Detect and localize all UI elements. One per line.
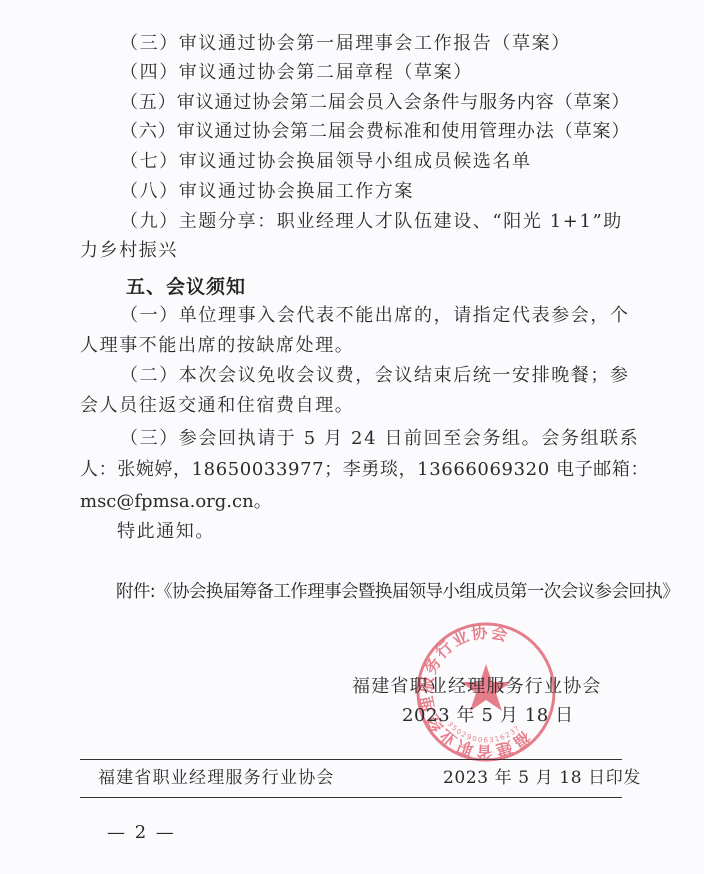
signature-org: 福建省职业经理服务行业协会: [352, 676, 602, 698]
notice-1-line1: （一）单位理事入会代表不能出席的，请指定代表参会，个: [120, 305, 630, 327]
closing-text: 特此通知。: [117, 521, 215, 543]
footer-issue-date: 2023 年 5 月 18 日印发: [443, 767, 641, 789]
footer-rule-top: [80, 759, 622, 760]
agenda-item-8: （八）审议通过协会换届工作方案: [120, 181, 414, 203]
agenda-item-7: （七）审议通过协会换届领导小组成员候选名单: [120, 151, 532, 173]
agenda-item-9-line1: （九）主题分享：职业经理人才队伍建设、“阳光 1+1”助: [120, 211, 623, 233]
signature-date: 2023 年 5 月 18 日: [402, 705, 574, 727]
notice-2-line2: 会人员往返交通和住宿费自理。: [80, 395, 354, 417]
attachment-note: 附件:《协会换届筹备工作理事会暨换届领导小组成员第一次会议参会回执》: [116, 580, 679, 604]
notice-2-line1: （二）本次会议免收会议费，会议结束后统一安排晚餐；参: [120, 365, 630, 387]
footer-rule-bottom: [80, 797, 622, 798]
agenda-item-3: （三）审议通过协会第一届理事会工作报告（草案）: [120, 33, 571, 55]
document-page: （三）审议通过协会第一届理事会工作报告（草案） （四）审议通过协会第二届章程（草…: [0, 0, 704, 874]
page-number: — 2 —: [107, 822, 176, 844]
agenda-item-9-line2: 力乡村振兴: [80, 240, 178, 262]
notice-1-line2: 人理事不能出席的按缺席处理。: [80, 335, 354, 357]
agenda-item-6: （六）审议通过协会第二届会费标准和使用管理办法（草案）: [120, 121, 630, 143]
footer-issuer: 福建省职业经理服务行业协会: [98, 767, 335, 789]
section-heading: 五、会议须知: [126, 275, 246, 299]
agenda-item-5: （五）审议通过协会第二届会员入会条件与服务内容（草案）: [120, 92, 630, 114]
agenda-item-4: （四）审议通过协会第二届章程（草案）: [120, 62, 473, 84]
contact-email: msc@fpmsa.org.cn。: [80, 491, 272, 513]
notice-3-line2: 人：张婉婷，18650033977；李勇琰，13666069320 电子邮箱：: [80, 459, 649, 481]
notice-3-line1: （三）参会回执请于 5 月 24 日前回至会务组。会务组联系: [120, 428, 639, 450]
